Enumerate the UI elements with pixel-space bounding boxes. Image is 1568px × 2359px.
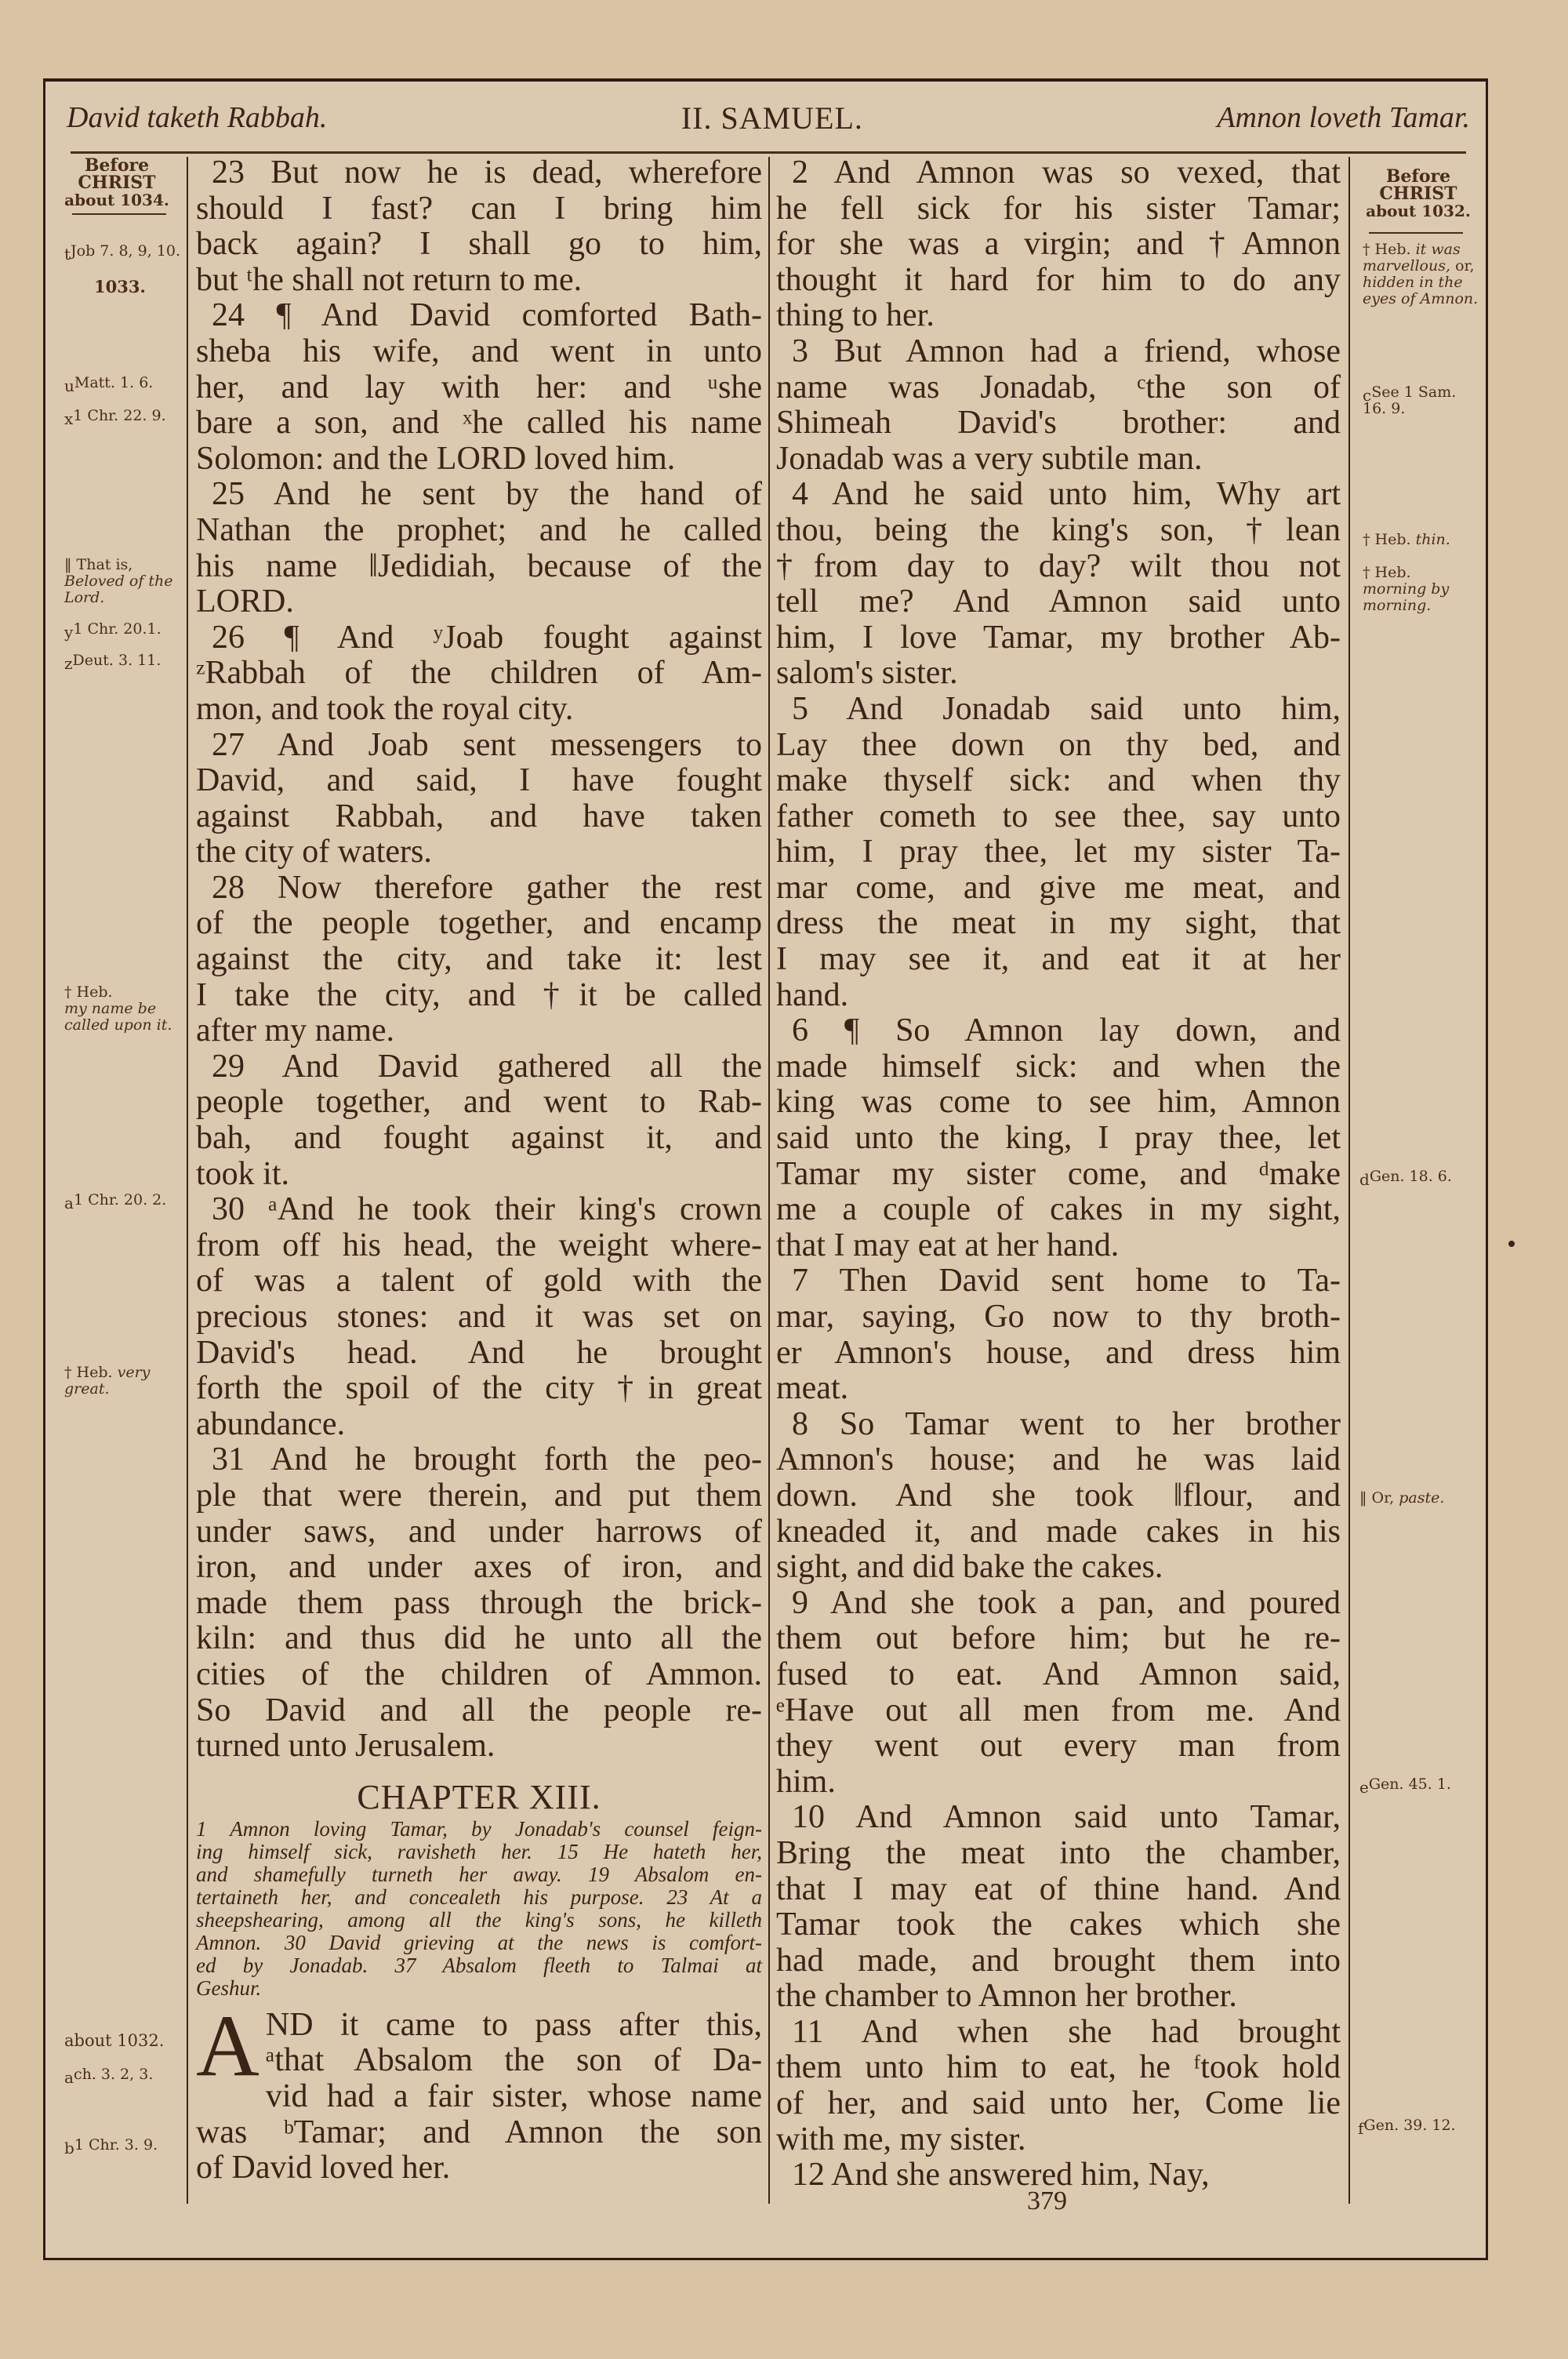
text-line: them unto him to eat, he ᶠtook hold <box>776 2050 1341 2086</box>
text-line: sheba his wife, and went in unto <box>196 334 762 370</box>
margin-note: b1 Chr. 3. 9. <box>64 2137 182 2154</box>
left-text-column: 23 But now he is dead, whereforeshould I… <box>196 155 762 2186</box>
text-line: made them pass through the brick- <box>196 1586 762 1622</box>
left-margin-rule <box>187 157 188 2204</box>
christ-label: CHRIST <box>1359 185 1477 202</box>
date-label: about 1034. <box>58 191 176 209</box>
text-line: him, I love Tamar, my brother Ab- <box>776 620 1341 656</box>
text-line: 23 But now he is dead, wherefore <box>196 155 762 191</box>
text-line: the chamber to Amnon her brother. <box>776 1979 1341 2015</box>
text-line: 1 Amnon loving Tamar, by Jonadab's couns… <box>213 1818 762 1841</box>
text-line: LORD. <box>196 584 762 620</box>
text-line: 3 But Amnon had a friend, whose <box>776 334 1341 370</box>
header-rule <box>71 151 1466 154</box>
text-line: 11 And when she had brought <box>776 2015 1341 2051</box>
text-line: he fell sick for his sister Tamar; <box>776 191 1341 227</box>
margin-note: † Heb.morning by morning. <box>1363 565 1480 614</box>
text-line: 2 And Amnon was so vexed, that <box>776 155 1341 191</box>
text-line: 7 Then David sent home to Ta- <box>776 1263 1341 1299</box>
text-line: I take the city, and †it be called <box>196 978 762 1014</box>
text-line: the city of waters. <box>196 834 762 871</box>
text-line: king was come to see him, Amnon <box>776 1085 1341 1121</box>
text-line: of David loved her. <box>196 2150 762 2186</box>
text-line: Bring the meat into the chamber, <box>776 1836 1341 1872</box>
text-line: ᵃthat Absalom the son of Da- <box>196 2043 762 2079</box>
text-line: thing to her. <box>776 298 1341 334</box>
margin-note: ach. 3. 2, 3. <box>64 2066 182 2083</box>
text-line: †from day to day? wilt thou not <box>776 549 1341 585</box>
text-line: of her, and said unto her, Come lie <box>776 2086 1341 2122</box>
margin-note: cSee 1 Sam. 16. 9. <box>1363 384 1480 417</box>
text-line: thou, being the king's son, †lean <box>776 513 1341 549</box>
margin-note: fGen. 39. 12. <box>1358 2117 1475 2134</box>
text-line: Geshur. <box>213 1977 762 2000</box>
text-line: 27 And Joab sent messengers to <box>196 728 762 764</box>
text-line: took it. <box>196 1157 762 1193</box>
margin-note: † Heb. very great. <box>64 1365 182 1398</box>
text-line: Solomon: and the LORD loved him. <box>196 442 762 478</box>
text-line: against the city, and take it: lest <box>196 942 762 978</box>
date-rule <box>72 213 166 215</box>
margin-note: † Heb. it was marvellous, or, hidden in … <box>1363 242 1480 307</box>
margin-note: about 1032. <box>64 2033 182 2049</box>
text-line: Tamar took the cakes which she <box>776 1907 1341 1943</box>
text-line: vid had a fair sister, whose name <box>196 2079 762 2115</box>
verse-1-lines: ND it came to pass after this,ᵃthat Absa… <box>196 2008 762 2186</box>
before-label: Before <box>58 157 176 174</box>
text-line: 30 ᵃAnd he took their king's crown <box>196 1192 762 1228</box>
text-line: 29 And David gathered all the <box>196 1049 762 1085</box>
text-line: 24 ¶ And David comforted Bath- <box>196 298 762 334</box>
verse-lines: 23 But now he is dead, whereforeshould I… <box>196 155 762 1765</box>
text-line: him. <box>776 1765 1341 1801</box>
text-line: meat. <box>776 1371 1341 1407</box>
text-line: her, and lay with her: and ᵘshe <box>196 370 762 406</box>
text-line: tertaineth her, and concealeth his purpo… <box>213 1886 762 1909</box>
text-line: that I may eat at her hand. <box>776 1228 1341 1264</box>
margin-note: † Heb.my name be called upon it. <box>64 984 182 1034</box>
text-line: father cometh to see thee, say unto <box>776 799 1341 835</box>
margin-note: 1033. <box>94 278 212 295</box>
text-line: Shimeah David's brother: and <box>776 405 1341 442</box>
margin-note: † Heb. thin. <box>1363 532 1480 548</box>
text-line: ple that were therein, and put them <box>196 1478 762 1514</box>
text-line: down. And she took ‖flour, and <box>776 1478 1341 1514</box>
text-line: back again? I shall go to him, <box>196 227 762 263</box>
text-line: under saws, and under harrows of <box>196 1514 762 1550</box>
text-line: his name ‖Jedidiah, because of the <box>196 549 762 585</box>
text-line: forth the spoil of the city †in great <box>196 1371 762 1407</box>
text-line: mon, and took the royal city. <box>196 692 762 728</box>
text-line: should I fast? can I bring him <box>196 191 762 227</box>
text-line: 31 And he brought forth the peo- <box>196 1442 762 1478</box>
text-line: and shamefully turneth her away. 19 Absa… <box>213 1863 762 1886</box>
text-line: abundance. <box>196 1407 762 1443</box>
text-line: of was a talent of gold with the <box>196 1263 762 1299</box>
margin-note: a1 Chr. 20. 2. <box>64 1192 182 1209</box>
running-head: David taketh Rabbah. II. SAMUEL. Amnon l… <box>67 86 1470 149</box>
text-line: Amnon's house; and he was laid <box>776 1442 1341 1478</box>
before-label: Before <box>1359 168 1477 185</box>
text-line: for she was a virgin; and †Amnon <box>776 227 1341 263</box>
text-line: that I may eat of thine hand. And <box>776 1872 1341 1908</box>
text-line: David, and said, I have fought <box>196 763 762 799</box>
text-line: made himself sick: and when the <box>776 1049 1341 1085</box>
right-text-column: 2 And Amnon was so vexed, thathe fell si… <box>776 155 1341 2194</box>
christ-label: CHRIST <box>58 174 176 191</box>
text-line: I may see it, and eat it at her <box>776 942 1341 978</box>
margin-note: tJob 7. 8, 9, 10. <box>64 243 182 260</box>
running-head-left: David taketh Rabbah. <box>67 100 327 135</box>
text-line: Tamar my sister come, and ᵈmake <box>776 1157 1341 1193</box>
text-line: me a couple of cakes in my sight, <box>776 1192 1341 1228</box>
text-line: from off his head, the weight where- <box>196 1228 762 1264</box>
margin-note: dGen. 18. 6. <box>1359 1169 1477 1185</box>
text-line: thought it hard for him to do any <box>776 263 1341 299</box>
text-line: sight, and did bake the cakes. <box>776 1550 1341 1586</box>
text-line: mar, saying, Go now to thy broth- <box>776 1299 1341 1336</box>
text-line: bare a son, and ˣhe called his name <box>196 405 762 442</box>
text-line: precious stones: and it was set on <box>196 1299 762 1336</box>
text-line: him, I pray thee, let my sister Ta- <box>776 834 1341 871</box>
text-line: Amnon. 30 David grieving at the news is … <box>213 1932 762 1954</box>
text-line: was ᵇTamar; and Amnon the son <box>196 2115 762 2151</box>
text-line: 28 Now therefore gather the rest <box>196 871 762 907</box>
text-line: 4 And he said unto him, Why art <box>776 477 1341 513</box>
text-line: they went out every man from <box>776 1728 1341 1765</box>
margin-note: eGen. 45. 1. <box>1359 1776 1477 1793</box>
date-label: about 1032. <box>1359 202 1477 220</box>
text-line: 9 And she took a pan, and poured <box>776 1586 1341 1622</box>
text-line: David's head. And he brought <box>196 1336 762 1372</box>
before-christ-date: Before CHRIST about 1032. <box>1359 168 1477 220</box>
running-head-right: Amnon loveth Tamar. <box>1217 100 1470 135</box>
text-line: make thyself sick: and when thy <box>776 763 1341 799</box>
verse-lines: 2 And Amnon was so vexed, thathe fell si… <box>776 155 1341 2194</box>
text-line: ᵉHave out all men from me. And <box>776 1693 1341 1729</box>
text-line: sheepshearing, among all the king's sons… <box>213 1909 762 1932</box>
margin-note: uMatt. 1. 6. <box>64 375 182 391</box>
text-line: Jonadab was a very subtile man. <box>776 442 1341 478</box>
running-head-book-title: II. SAMUEL. <box>681 100 863 136</box>
text-line: kiln: and thus did he unto all the <box>196 1621 762 1657</box>
date-rule <box>1369 232 1463 234</box>
chapter-title: CHAPTER XIII. <box>196 1777 762 1818</box>
text-line: against Rabbah, and have taken <box>196 799 762 835</box>
text-line: salom's sister. <box>776 656 1341 692</box>
text-line: fused to eat. And Amnon said, <box>776 1657 1341 1693</box>
text-line: 26 ¶ And ʸJoab fought against <box>196 620 762 656</box>
text-line: said unto the king, I pray thee, let <box>776 1121 1341 1157</box>
text-line: ᶻRabbah of the children of Am- <box>196 656 762 692</box>
chapter-summary: 1 Amnon loving Tamar, by Jonadab's couns… <box>196 1818 762 2000</box>
before-christ-date: Before CHRIST about 1034. <box>58 157 176 209</box>
text-line: So David and all the people re- <box>196 1693 762 1729</box>
text-line: but ᵗhe shall not return to me. <box>196 263 762 299</box>
paper-speck <box>1508 1241 1515 1247</box>
text-line: turned unto Jerusalem. <box>196 1728 762 1765</box>
chapter-verse-1: A ND it came to pass after this,ᵃthat Ab… <box>196 2008 762 2186</box>
text-line: iron, and under axes of iron, and <box>196 1550 762 1586</box>
text-line: mar come, and give me meat, and <box>776 871 1341 907</box>
text-line: ed by Jonadab. 37 Absalom fleeth to Talm… <box>213 1954 762 1977</box>
text-line: after my name. <box>196 1013 762 1049</box>
text-line: name was Jonadab, ᶜthe son of <box>776 370 1341 406</box>
margin-note: y1 Chr. 20.1. <box>64 621 182 638</box>
center-column-rule <box>768 157 770 2204</box>
text-line: 25 And he sent by the hand of <box>196 477 762 513</box>
text-line: er Amnon's house, and dress him <box>776 1336 1341 1372</box>
text-line: ND it came to pass after this, <box>196 2008 762 2044</box>
margin-note: zDeut. 3. 11. <box>64 652 182 669</box>
text-line: hand. <box>776 978 1341 1014</box>
text-line: with me, my sister. <box>776 2122 1341 2158</box>
text-line: cities of the children of Ammon. <box>196 1657 762 1693</box>
text-line: bah, and fought against it, and <box>196 1121 762 1157</box>
left-margin-notes: Before CHRIST about 1034. tJob 7. 8, 9, … <box>49 157 186 2251</box>
text-line: dress the meat in my sight, that <box>776 906 1341 942</box>
text-line: Nathan the prophet; and he called <box>196 513 762 549</box>
text-line: 10 And Amnon said unto Tamar, <box>776 1800 1341 1836</box>
text-line: ing himself sick, ravisheth her. 15 He h… <box>213 1841 762 1863</box>
right-margin-notes: Before CHRIST about 1032. † Heb. it was … <box>1350 157 1485 2251</box>
text-line: 8 So Tamar went to her brother <box>776 1407 1341 1443</box>
text-line: them out before him; but he re- <box>776 1621 1341 1657</box>
text-line: of the people together, and encamp <box>196 906 762 942</box>
text-line: kneaded it, and made cakes in his <box>776 1514 1341 1550</box>
margin-note: ‖ Or, paste. <box>1359 1490 1477 1507</box>
margin-note: ‖ That is,Beloved of the Lord. <box>64 557 182 606</box>
text-line: tell me? And Amnon said unto <box>776 584 1341 620</box>
margin-note: x1 Chr. 22. 9. <box>64 408 182 424</box>
drop-cap: A <box>196 2012 260 2080</box>
text-line: had made, and brought them into <box>776 1943 1341 1979</box>
text-line: Lay thee down on thy bed, and <box>776 728 1341 764</box>
text-line: people together, and went to Rab- <box>196 1085 762 1121</box>
page-number: 379 <box>1027 2186 1067 2216</box>
text-line: 6 ¶ So Amnon lay down, and <box>776 1013 1341 1049</box>
text-line: 5 And Jonadab said unto him, <box>776 692 1341 728</box>
